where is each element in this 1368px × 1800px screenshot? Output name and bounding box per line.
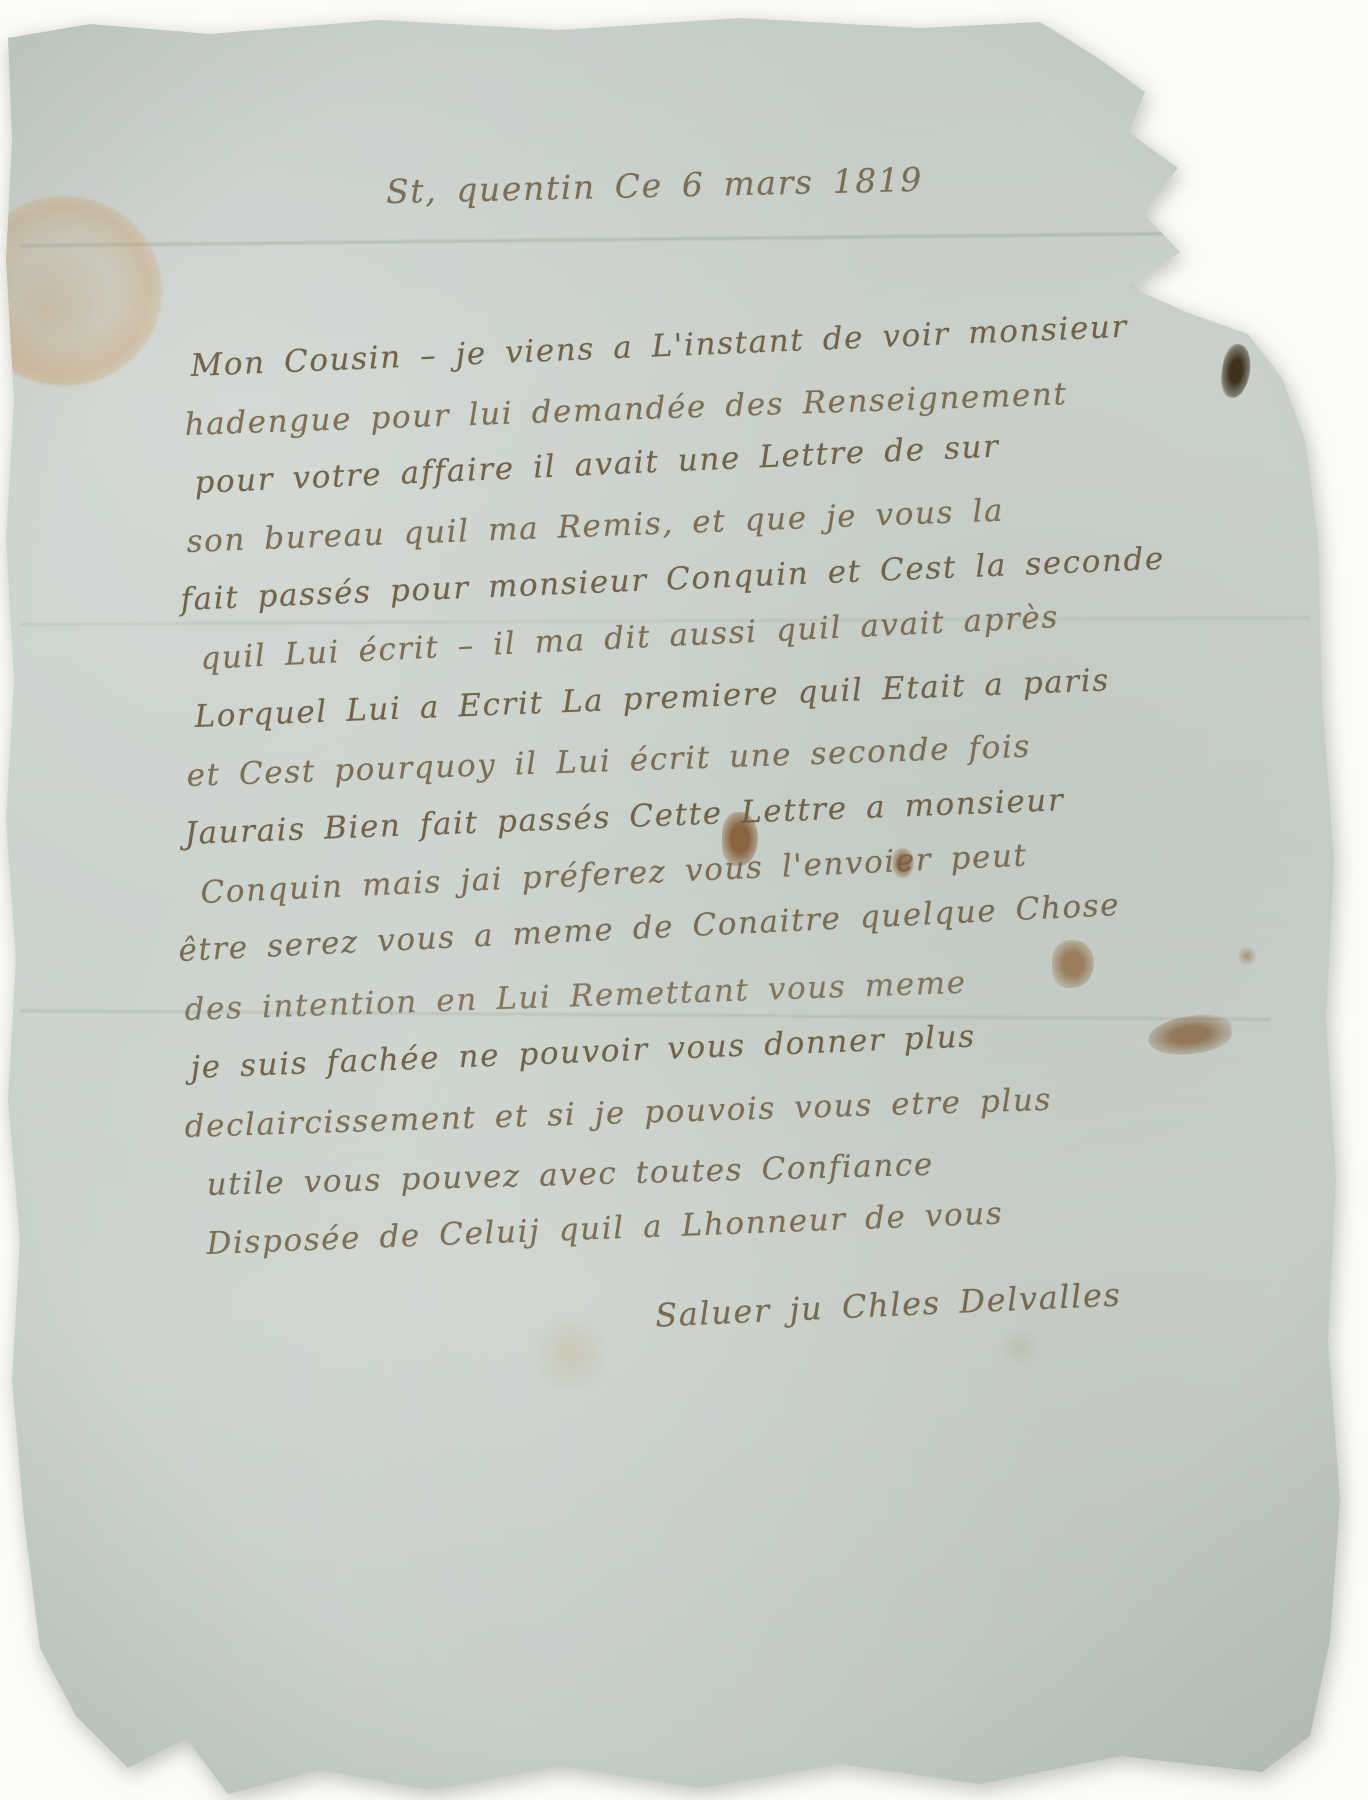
letter-line: Mon Cousin – je viens a L'instant de voi… — [190, 302, 1285, 406]
paper-crease — [20, 615, 1310, 628]
brown-stain — [892, 848, 914, 878]
letter-line: Conquin mais jai préferez vous l'envoier… — [200, 825, 1286, 933]
letter-line: utile vous pouvez avec toutes Confiance — [206, 1137, 1285, 1226]
paper-crease — [20, 229, 1310, 249]
scanned-letter: St, quentin Ce 6 mars 1819 Mon Cousin – … — [0, 0, 1368, 1800]
letter-line: être serez vous a meme de Conaitre quelq… — [178, 879, 1286, 991]
letter-line: Lorquel Lui a Ecrit La premiere quil Eta… — [194, 655, 1285, 757]
letter-line: fait passés pour monsieur Conquin et Ces… — [180, 536, 1285, 641]
brown-stain — [722, 812, 758, 866]
foxing-spot — [528, 1318, 614, 1390]
paper-crease — [20, 1008, 1270, 1023]
brown-stain — [1238, 946, 1256, 966]
seal-stain — [0, 196, 162, 386]
letter-line: pour votre affaire il avait une Lettre d… — [194, 416, 1286, 524]
letter-line: quil Lui écrit – il ma dit aussi quil av… — [200, 588, 1286, 699]
letter-body: Mon Cousin – je viens a L'instant de voi… — [185, 348, 1285, 1284]
letter-line: declaircissement et si je pouvois vous e… — [184, 1074, 1285, 1167]
letter-paper: St, quentin Ce 6 mars 1819 Mon Cousin – … — [0, 0, 1368, 1800]
letter-line: hadengue pour lui demandée des Renseigne… — [184, 368, 1285, 465]
dateline: St, quentin Ce 6 mars 1819 — [386, 160, 924, 211]
brown-stain — [1052, 940, 1094, 988]
brown-stain — [1146, 1012, 1234, 1059]
ink-blot — [1218, 342, 1253, 399]
letter-line: et Cest pourquoy il Lui écrit une second… — [186, 719, 1285, 816]
letter-line: Disposée de Celuij quil a Lhonneur de vo… — [206, 1184, 1285, 1284]
letter-line: Jaurais Bien fait passés Cette Lettre a … — [184, 774, 1285, 875]
signature-line: Saluer ju Chles Delvalles — [654, 1275, 1122, 1334]
letter-line: son bureau quil ma Remis, et que je vous… — [186, 481, 1285, 582]
letter-line: je suis fachée ne pouvoir vous donner pl… — [190, 1006, 1285, 1108]
letter-line: des intention en Lui Remettant vous meme — [184, 953, 1285, 1050]
foxing-spot — [1000, 1330, 1040, 1364]
